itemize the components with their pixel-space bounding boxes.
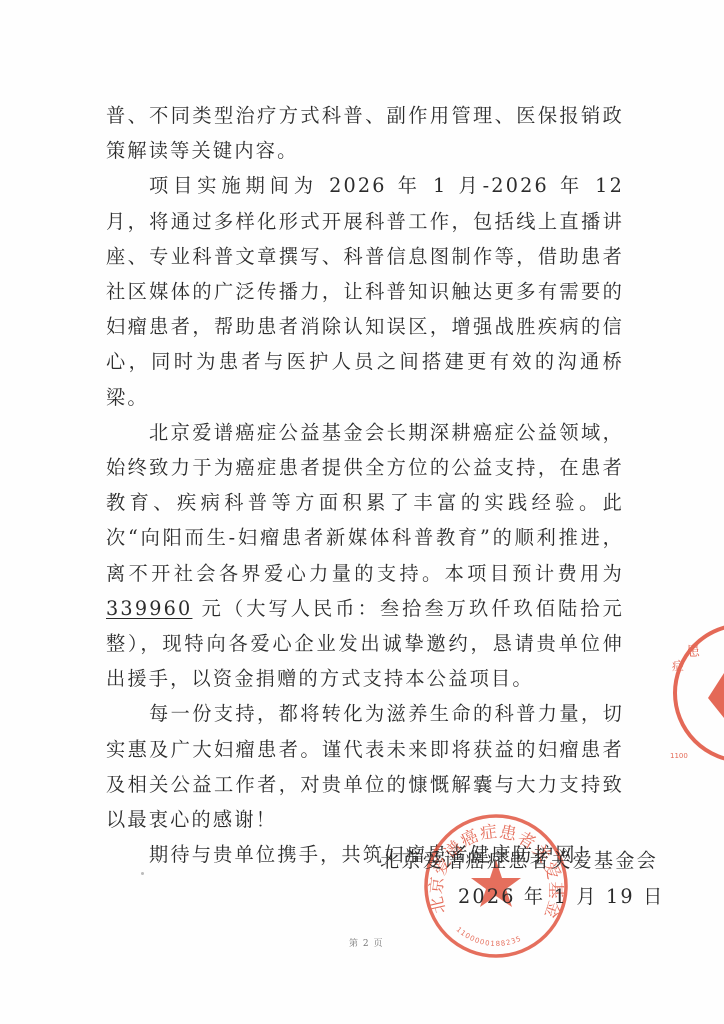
letter-body: 普、不同类型治疗方式科普、副作用管理、医保报销政策解读等关键内容。 项目实施期间… bbox=[106, 98, 624, 872]
paragraph-foundation-budget: 北京爱谱癌症公益基金会长期深耕癌症公益领域，始终致力于为癌症患者提供全方位的公益… bbox=[106, 415, 624, 697]
signature-date: 2026 年 1 月 19 日 bbox=[458, 882, 665, 909]
seal-code: 1100000188235 bbox=[455, 925, 523, 948]
page-number: 第 2 页 bbox=[349, 936, 383, 949]
signature-organization: 北京爱谱癌症患者关爱基金会 bbox=[380, 846, 658, 873]
paragraph-content-scope: 普、不同类型治疗方式科普、副作用管理、医保报销政策解读等关键内容。 bbox=[106, 98, 624, 168]
paragraph-implementation-period: 项目实施期间为 2026 年 1 月-2026 年 12 月，将通过多样化形式开… bbox=[106, 168, 624, 414]
svg-text:1100000188235: 1100000188235 bbox=[455, 925, 523, 948]
svg-text:1100: 1100 bbox=[670, 752, 688, 760]
scan-speck bbox=[141, 872, 144, 875]
budget-amount: 339960 bbox=[106, 597, 192, 620]
svg-text:症: 症 bbox=[672, 659, 684, 673]
document-page: 普、不同类型治疗方式科普、副作用管理、医保报销政策解读等关键内容。 项目实施期间… bbox=[0, 0, 724, 1024]
seam-stamp-icon: 患 症 1100 bbox=[668, 618, 724, 768]
svg-text:患: 患 bbox=[686, 643, 701, 660]
budget-text-before: 北京爱谱癌症公益基金会长期深耕癌症公益领域，始终致力于为癌症患者提供全方位的公益… bbox=[106, 421, 624, 585]
